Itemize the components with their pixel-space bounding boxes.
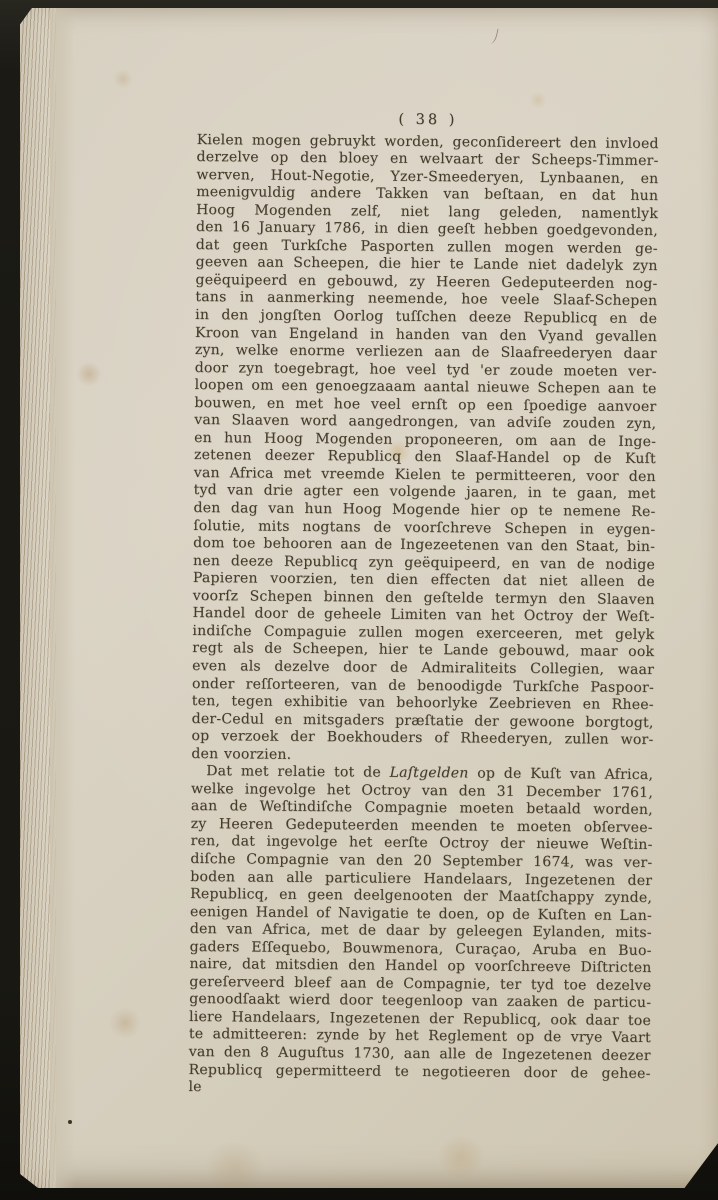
- foxing-stain: [112, 70, 134, 88]
- pen-mark: [488, 27, 498, 44]
- page-number: ( 38 ): [197, 110, 659, 132]
- scan-background: ( 38 ) Kielen mogen gebruykt worden, gec…: [0, 0, 718, 1200]
- text-block: ( 38 ) Kielen mogen gebruykt worden, gec…: [188, 110, 659, 1101]
- book-page: ( 38 ) Kielen mogen gebruykt worden, gec…: [20, 8, 718, 1188]
- foxing-stain: [528, 92, 548, 108]
- foxing-stain: [75, 362, 103, 386]
- foxing-stain: [108, 1008, 142, 1038]
- page-stack-edge-fade: [50, 8, 76, 1188]
- foxing-stain: [435, 1136, 487, 1178]
- foxing-stain: [200, 1143, 270, 1191]
- body-text: Kielen mogen gebruykt worden, geconſider…: [189, 132, 659, 1084]
